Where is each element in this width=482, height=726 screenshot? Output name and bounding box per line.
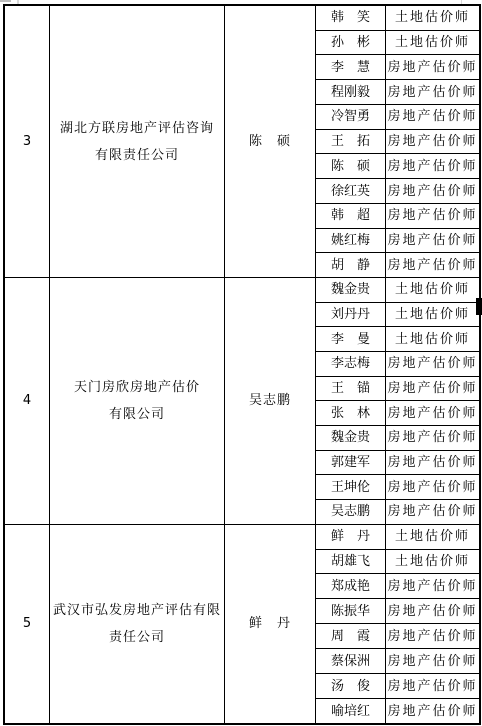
- member-name: 王坤伦: [331, 481, 370, 494]
- member-name: 郭建军: [331, 456, 370, 469]
- member-qualification-cell: 房地产估价师: [386, 401, 479, 425]
- member-name-cell: 陈 硕: [316, 154, 386, 178]
- member-qualification: 房地产估价师: [387, 407, 477, 420]
- member-name-cell: 程刚毅: [316, 80, 386, 104]
- company-name-cell: 湖北方联房地产评估咨询有限责任公司: [50, 6, 225, 277]
- member-name-cell: 胡 静: [316, 253, 386, 277]
- member-row: 孙 彬 土地估价师: [316, 30, 479, 55]
- member-row: 李 慧 房地产估价师: [316, 54, 479, 79]
- member-qualification-cell: 土地估价师: [386, 327, 479, 351]
- member-name: 冷智勇: [331, 110, 370, 123]
- member-name-cell: 胡雄飞: [316, 550, 386, 574]
- member-name: 魏金贵: [331, 431, 370, 444]
- member-qualification: 房地产估价师: [387, 605, 477, 618]
- member-qualification: 房地产估价师: [387, 209, 477, 222]
- member-qualification: 房地产估价师: [387, 505, 477, 518]
- member-name-cell: 魏金贵: [316, 426, 386, 450]
- member-row: 徐红英 房地产估价师: [316, 178, 479, 203]
- member-row: 魏金贵 房地产估价师: [316, 425, 479, 450]
- member-name: 李志梅: [331, 357, 370, 370]
- member-name: 魏金贵: [331, 283, 370, 296]
- company-name-line: 有限责任公司: [95, 142, 179, 169]
- member-qualification-cell: 房地产估价师: [386, 154, 479, 178]
- member-qualification: 房地产估价师: [387, 185, 477, 198]
- member-qualification: 房地产估价师: [387, 160, 477, 173]
- member-name-cell: 汤 俊: [316, 674, 386, 698]
- member-qualification: 房地产估价师: [387, 481, 477, 494]
- member-qualification: 房地产估价师: [387, 259, 477, 272]
- member-row: 胡雄飞 土地估价师: [316, 549, 479, 574]
- member-name-cell: 刘丹丹: [316, 303, 386, 327]
- member-name: 刘丹丹: [331, 308, 370, 321]
- member-qualification-cell: 房地产估价师: [386, 229, 479, 253]
- table-section: 3 湖北方联房地产评估咨询有限责任公司 陈 硕 韩 笑 土地估价师 孙 彬 土地…: [5, 6, 479, 277]
- member-qualification-cell: 房地产估价师: [386, 80, 479, 104]
- member-name: 韩 笑: [331, 11, 370, 24]
- representative-name: 陈 硕: [249, 135, 291, 148]
- member-qualification-cell: 房地产估价师: [386, 204, 479, 228]
- member-name: 吴志鹏: [331, 505, 370, 518]
- page-top-artifact-line: [0, 0, 11, 2]
- member-row: 喻培红 房地产估价师: [316, 698, 479, 723]
- section-number-cell: 3: [5, 6, 50, 277]
- member-qualification-cell: 房地产估价师: [386, 105, 479, 129]
- member-row: 吴志鹏 房地产估价师: [316, 499, 479, 524]
- member-qualification: 房地产估价师: [387, 431, 477, 444]
- member-name-cell: 李 慧: [316, 55, 386, 79]
- member-qualification: 土地估价师: [395, 11, 470, 24]
- table-section: 5 武汉市弘发房地产评估有限责任公司 鲜 丹 鲜 丹 土地估价师 胡雄飞 土地估…: [5, 524, 479, 723]
- member-qualification-cell: 房地产估价师: [386, 599, 479, 623]
- member-name: 汤 俊: [331, 680, 370, 693]
- member-qualification-cell: 房地产估价师: [386, 699, 479, 723]
- member-name: 周 霞: [331, 630, 370, 643]
- member-name: 王 锚: [331, 382, 370, 395]
- representative-name: 吴志鹏: [249, 394, 291, 407]
- member-row: 蔡保洲 房地产估价师: [316, 648, 479, 673]
- member-name: 徐红英: [331, 185, 370, 198]
- member-name-cell: 王 锚: [316, 377, 386, 401]
- member-name: 喻培红: [331, 705, 370, 718]
- member-name-cell: 周 霞: [316, 624, 386, 648]
- member-qualification-cell: 房地产估价师: [386, 352, 479, 376]
- member-name: 李 慧: [331, 61, 370, 74]
- member-qualification-cell: 房地产估价师: [386, 500, 479, 524]
- member-name: 程刚毅: [331, 86, 370, 99]
- section-number-cell: 5: [5, 525, 50, 723]
- section-number: 4: [23, 394, 31, 407]
- member-qualification: 房地产估价师: [387, 234, 477, 247]
- members-column: 韩 笑 土地估价师 孙 彬 土地估价师 李 慧 房地产估价师 程刚毅 房地产估价…: [316, 6, 479, 277]
- member-qualification-cell: 房地产估价师: [386, 377, 479, 401]
- member-qualification: 土地估价师: [395, 530, 470, 543]
- member-row: 韩 超 房地产估价师: [316, 203, 479, 228]
- member-qualification-cell: 房地产估价师: [386, 475, 479, 499]
- appraisal-institutions-table: 3 湖北方联房地产评估咨询有限责任公司 陈 硕 韩 笑 土地估价师 孙 彬 土地…: [3, 4, 481, 725]
- member-qualification-cell: 土地估价师: [386, 278, 479, 302]
- member-row: 魏金贵 土地估价师: [316, 278, 479, 302]
- member-row: 程刚毅 房地产估价师: [316, 79, 479, 104]
- member-qualification: 房地产估价师: [387, 630, 477, 643]
- member-qualification: 房地产估价师: [387, 357, 477, 370]
- member-qualification: 土地估价师: [395, 308, 470, 321]
- section-number: 5: [23, 617, 31, 630]
- member-row: 张 林 房地产估价师: [316, 400, 479, 425]
- representative-cell: 吴志鹏: [225, 278, 316, 523]
- member-name-cell: 王坤伦: [316, 475, 386, 499]
- member-name-cell: 韩 笑: [316, 6, 386, 30]
- member-qualification: 房地产估价师: [387, 680, 477, 693]
- member-qualification: 房地产估价师: [387, 705, 477, 718]
- member-name: 孙 彬: [331, 36, 370, 49]
- representative-cell: 陈 硕: [225, 6, 316, 277]
- company-name-line: 天门房欣房地产估价: [74, 374, 200, 401]
- member-qualification-cell: 房地产估价师: [386, 426, 479, 450]
- member-qualification-cell: 房地产估价师: [386, 55, 479, 79]
- member-row: 王坤伦 房地产估价师: [316, 474, 479, 499]
- member-name-cell: 姚红梅: [316, 229, 386, 253]
- member-row: 周 霞 房地产估价师: [316, 623, 479, 648]
- member-row: 胡 静 房地产估价师: [316, 252, 479, 277]
- section-number: 3: [23, 135, 31, 148]
- member-name: 韩 超: [331, 209, 370, 222]
- member-name-cell: 蔡保洲: [316, 649, 386, 673]
- member-name-cell: 郑成艳: [316, 574, 386, 598]
- member-qualification: 房地产估价师: [387, 456, 477, 469]
- member-row: 陈振华 房地产估价师: [316, 598, 479, 623]
- member-name-cell: 李 曼: [316, 327, 386, 351]
- company-name-line: 有限公司: [109, 401, 165, 428]
- members-column: 鲜 丹 土地估价师 胡雄飞 土地估价师 郑成艳 房地产估价师 陈振华 房地产估价…: [316, 525, 479, 723]
- member-qualification-cell: 房地产估价师: [386, 574, 479, 598]
- representative-cell: 鲜 丹: [225, 525, 316, 723]
- member-qualification: 房地产估价师: [387, 110, 477, 123]
- member-name-cell: 魏金贵: [316, 278, 386, 302]
- document-page: 3 湖北方联房地产评估咨询有限责任公司 陈 硕 韩 笑 土地估价师 孙 彬 土地…: [0, 0, 482, 726]
- member-qualification-cell: 房地产估价师: [386, 253, 479, 277]
- member-row: 郭建军 房地产估价师: [316, 450, 479, 475]
- member-row: 王 拓 房地产估价师: [316, 129, 479, 154]
- right-edge-marker: [476, 298, 482, 315]
- member-row: 姚红梅 房地产估价师: [316, 228, 479, 253]
- member-qualification-cell: 土地估价师: [386, 550, 479, 574]
- member-name: 胡雄飞: [331, 555, 370, 568]
- member-qualification: 土地估价师: [395, 283, 470, 296]
- member-name: 陈振华: [331, 605, 370, 618]
- company-name-line: 武汉市弘发房地产评估有限: [53, 597, 221, 624]
- member-name-cell: 冷智勇: [316, 105, 386, 129]
- member-qualification: 土地估价师: [395, 333, 470, 346]
- member-name-cell: 王 拓: [316, 130, 386, 154]
- member-qualification-cell: 土地估价师: [386, 525, 479, 549]
- member-row: 汤 俊 房地产估价师: [316, 673, 479, 698]
- member-qualification: 房地产估价师: [387, 382, 477, 395]
- member-name: 胡 静: [331, 259, 370, 272]
- member-qualification: 房地产估价师: [387, 61, 477, 74]
- company-name-cell: 天门房欣房地产估价有限公司: [50, 278, 225, 523]
- member-name: 姚红梅: [331, 234, 370, 247]
- member-qualification: 房地产估价师: [387, 580, 477, 593]
- member-name-cell: 李志梅: [316, 352, 386, 376]
- member-qualification: 房地产估价师: [387, 655, 477, 668]
- member-name-cell: 韩 超: [316, 204, 386, 228]
- member-qualification-cell: 房地产估价师: [386, 674, 479, 698]
- member-row: 李志梅 房地产估价师: [316, 351, 479, 376]
- member-qualification-cell: 土地估价师: [386, 31, 479, 55]
- section-number-cell: 4: [5, 278, 50, 523]
- member-row: 韩 笑 土地估价师: [316, 6, 479, 30]
- member-qualification-cell: 房地产估价师: [386, 649, 479, 673]
- member-qualification-cell: 土地估价师: [386, 6, 479, 30]
- member-name: 陈 硕: [331, 160, 370, 173]
- table-section: 4 天门房欣房地产估价有限公司 吴志鹏 魏金贵 土地估价师 刘丹丹 土地估价师 …: [5, 277, 479, 523]
- member-row: 郑成艳 房地产估价师: [316, 573, 479, 598]
- member-name: 李 曼: [331, 333, 370, 346]
- member-name-cell: 吴志鹏: [316, 500, 386, 524]
- company-name-line: 湖北方联房地产评估咨询: [60, 115, 214, 142]
- member-qualification: 房地产估价师: [387, 135, 477, 148]
- member-name: 郑成艳: [331, 580, 370, 593]
- member-qualification-cell: 房地产估价师: [386, 624, 479, 648]
- member-name: 王 拓: [331, 135, 370, 148]
- member-qualification: 土地估价师: [395, 555, 470, 568]
- company-name-cell: 武汉市弘发房地产评估有限责任公司: [50, 525, 225, 723]
- member-qualification: 房地产估价师: [387, 86, 477, 99]
- member-row: 刘丹丹 土地估价师: [316, 302, 479, 327]
- company-name-line: 责任公司: [109, 624, 165, 651]
- member-name-cell: 孙 彬: [316, 31, 386, 55]
- member-name: 鲜 丹: [331, 530, 370, 543]
- member-name-cell: 陈振华: [316, 599, 386, 623]
- member-name: 蔡保洲: [331, 655, 370, 668]
- member-qualification-cell: 土地估价师: [386, 303, 479, 327]
- member-name-cell: 郭建军: [316, 451, 386, 475]
- member-row: 鲜 丹 土地估价师: [316, 525, 479, 549]
- member-qualification-cell: 房地产估价师: [386, 179, 479, 203]
- member-row: 陈 硕 房地产估价师: [316, 153, 479, 178]
- member-name: 张 林: [331, 407, 370, 420]
- member-qualification-cell: 房地产估价师: [386, 451, 479, 475]
- member-row: 冷智勇 房地产估价师: [316, 104, 479, 129]
- representative-name: 鲜 丹: [249, 617, 291, 630]
- member-name-cell: 徐红英: [316, 179, 386, 203]
- member-row: 李 曼 土地估价师: [316, 326, 479, 351]
- member-row: 王 锚 房地产估价师: [316, 376, 479, 401]
- members-column: 魏金贵 土地估价师 刘丹丹 土地估价师 李 曼 土地估价师 李志梅 房地产估价师…: [316, 278, 479, 523]
- member-name-cell: 鲜 丹: [316, 525, 386, 549]
- member-name-cell: 张 林: [316, 401, 386, 425]
- member-qualification-cell: 房地产估价师: [386, 130, 479, 154]
- member-name-cell: 喻培红: [316, 699, 386, 723]
- member-qualification: 土地估价师: [395, 36, 470, 49]
